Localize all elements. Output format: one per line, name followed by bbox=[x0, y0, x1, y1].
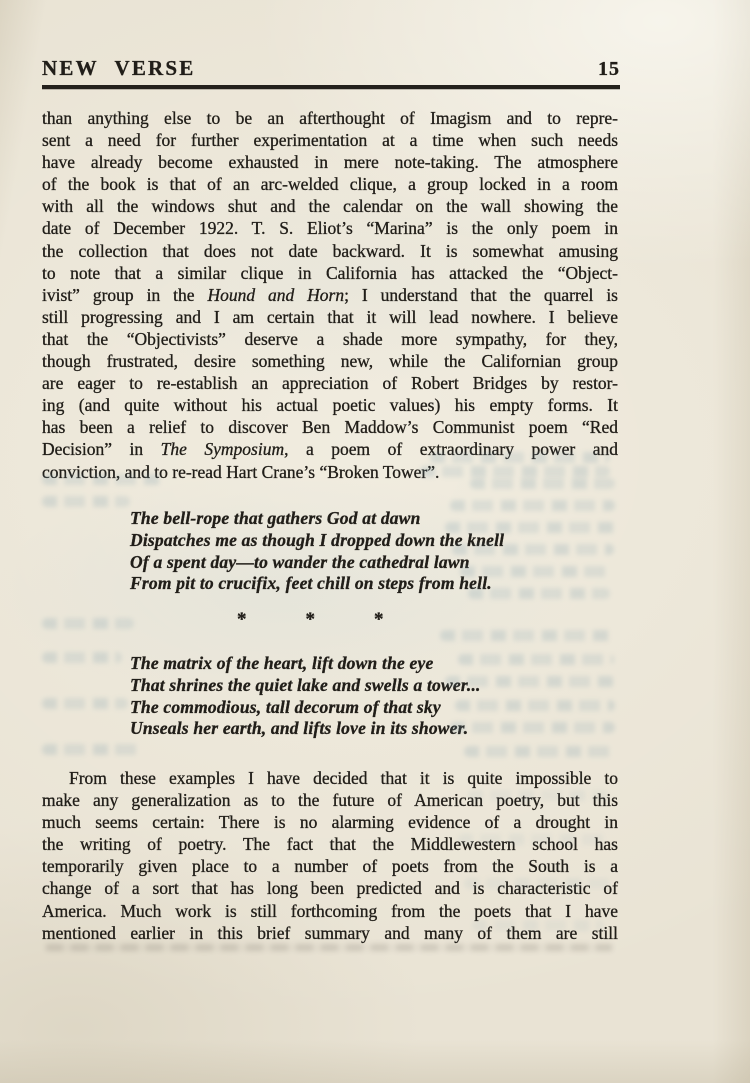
text-segment: has been a relief to discover Ben Maddow… bbox=[42, 417, 618, 437]
text-segment: are eager to re-establish an appreciatio… bbox=[42, 373, 618, 393]
text-segment: the collection that does not date backwa… bbox=[42, 241, 618, 261]
text-segment: still progressing and I am certain that … bbox=[42, 307, 618, 327]
text-segment: have already become exhausted in mere no… bbox=[42, 152, 618, 172]
header-rule bbox=[42, 85, 620, 89]
text-segment: temporarily given place to a number of p… bbox=[42, 856, 618, 876]
text-line: to note that a similar clique in Califor… bbox=[42, 262, 618, 284]
bleed-through-artifact bbox=[42, 652, 122, 663]
bleed-through-artifact bbox=[42, 474, 162, 485]
bleed-through-artifact bbox=[468, 790, 608, 801]
bleed-through-artifact bbox=[42, 496, 130, 507]
bleed-through-artifact bbox=[450, 500, 615, 511]
bleed-through-artifact bbox=[42, 744, 142, 755]
text-segment: than anything else to be an afterthought… bbox=[42, 108, 618, 128]
page-header: NEW VERSE 15 bbox=[42, 55, 620, 81]
text-segment: Decision” in bbox=[42, 439, 161, 459]
bleed-through-artifact bbox=[445, 676, 615, 687]
text-segment: From these examples I have decided that … bbox=[69, 768, 618, 788]
asterisk-separator: *** bbox=[237, 609, 384, 631]
text-segment: Unseals her earth, and lifts love in its… bbox=[130, 718, 468, 738]
text-line: the collection that does not date backwa… bbox=[42, 240, 618, 262]
italic-text: The Symposium bbox=[161, 439, 284, 459]
text-line: From these examples I have decided that … bbox=[42, 767, 618, 789]
text-line: are eager to re-establish an appreciatio… bbox=[42, 372, 618, 394]
bleed-through-artifact bbox=[460, 566, 612, 577]
text-line: than anything else to be an afterthought… bbox=[42, 107, 618, 129]
text-segment: The commodious, tall decorum of that sky bbox=[130, 697, 441, 717]
bleed-through-artifact bbox=[430, 452, 610, 463]
bleed-through-artifact bbox=[450, 722, 615, 733]
text-segment: sent a need for further experimentation … bbox=[42, 130, 618, 150]
bleed-through-artifact bbox=[440, 630, 615, 641]
bleed-through-artifact bbox=[464, 746, 614, 757]
bleed-through-artifact bbox=[445, 522, 617, 533]
asterisk-glyph: * bbox=[237, 609, 247, 631]
asterisk-glyph: * bbox=[374, 609, 384, 631]
text-line: much seems certain: There is no alarming… bbox=[42, 811, 618, 833]
running-head-title: NEW VERSE bbox=[42, 55, 196, 81]
scanned-book-page: NEW VERSE 15 than anything else to be an… bbox=[0, 0, 750, 1083]
text-line: date of December 1922. T. S. Eliot’s “Ma… bbox=[42, 217, 618, 239]
bleed-through-artifact bbox=[420, 466, 610, 477]
text-segment: that the “Objectivists” deserve a shade … bbox=[42, 329, 618, 349]
text-line: temporarily given place to a number of p… bbox=[42, 855, 618, 877]
asterisk-glyph: * bbox=[306, 609, 316, 631]
print-smudge-artifact bbox=[46, 944, 612, 951]
bleed-through-artifact bbox=[455, 700, 615, 711]
text-line: still progressing and I am certain that … bbox=[42, 306, 618, 328]
bleed-through-artifact bbox=[468, 588, 610, 599]
text-line: ivist” group in the Hound and Horn; I un… bbox=[42, 284, 618, 306]
text-line: has been a relief to discover Ben Maddow… bbox=[42, 416, 618, 438]
bleed-through-artifact bbox=[472, 920, 604, 931]
text-segment: America. Much work is still forthcoming … bbox=[42, 901, 618, 921]
italic-text: Hound and Horn bbox=[207, 285, 344, 305]
text-segment: much seems certain: There is no alarming… bbox=[42, 812, 618, 832]
text-line: that the “Objectivists” deserve a shade … bbox=[42, 328, 618, 350]
bleed-through-artifact bbox=[452, 544, 614, 555]
text-segment: From pit to crucifix, feet chill on step… bbox=[130, 573, 492, 593]
bleed-through-artifact bbox=[42, 698, 128, 709]
text-segment: though frustrated, desire something new,… bbox=[42, 351, 618, 371]
text-segment: ; I understand that the quarrel is bbox=[344, 285, 618, 305]
bleed-through-artifact bbox=[42, 618, 134, 629]
text-line: sent a need for further experimentation … bbox=[42, 129, 618, 151]
body-paragraph-1: than anything else to be an afterthought… bbox=[42, 107, 618, 483]
text-line: America. Much work is still forthcoming … bbox=[42, 900, 618, 922]
text-segment: The bell-rope that gathers God at dawn bbox=[130, 508, 421, 528]
text-segment: date of December 1922. T. S. Eliot’s “Ma… bbox=[42, 218, 618, 238]
text-segment: with all the windows shut and the calend… bbox=[42, 196, 618, 216]
text-line: with all the windows shut and the calend… bbox=[42, 195, 618, 217]
bleed-through-artifact bbox=[470, 478, 615, 489]
bleed-through-artifact bbox=[458, 834, 608, 845]
text-segment: That shrines the quiet lake and swells a… bbox=[130, 675, 481, 695]
text-line: have already become exhausted in mere no… bbox=[42, 151, 618, 173]
bleed-through-artifact bbox=[458, 654, 614, 665]
bleed-through-artifact bbox=[464, 878, 612, 889]
text-segment: The matrix of the heart, lift down the e… bbox=[130, 653, 433, 673]
text-segment: Of a spent day—to wander the cathedral l… bbox=[130, 552, 470, 572]
text-segment: ivist” group in the bbox=[42, 285, 207, 305]
text-line: though frustrated, desire something new,… bbox=[42, 350, 618, 372]
text-line: of the book is that of an arc-welded cli… bbox=[42, 173, 618, 195]
page-number: 15 bbox=[598, 58, 620, 81]
text-segment: ing (and quite without his actual poetic… bbox=[42, 395, 618, 415]
text-segment: to note that a similar clique in Califor… bbox=[42, 263, 618, 283]
text-segment: of the book is that of an arc-welded cli… bbox=[42, 174, 618, 194]
text-line: ing (and quite without his actual poetic… bbox=[42, 394, 618, 416]
